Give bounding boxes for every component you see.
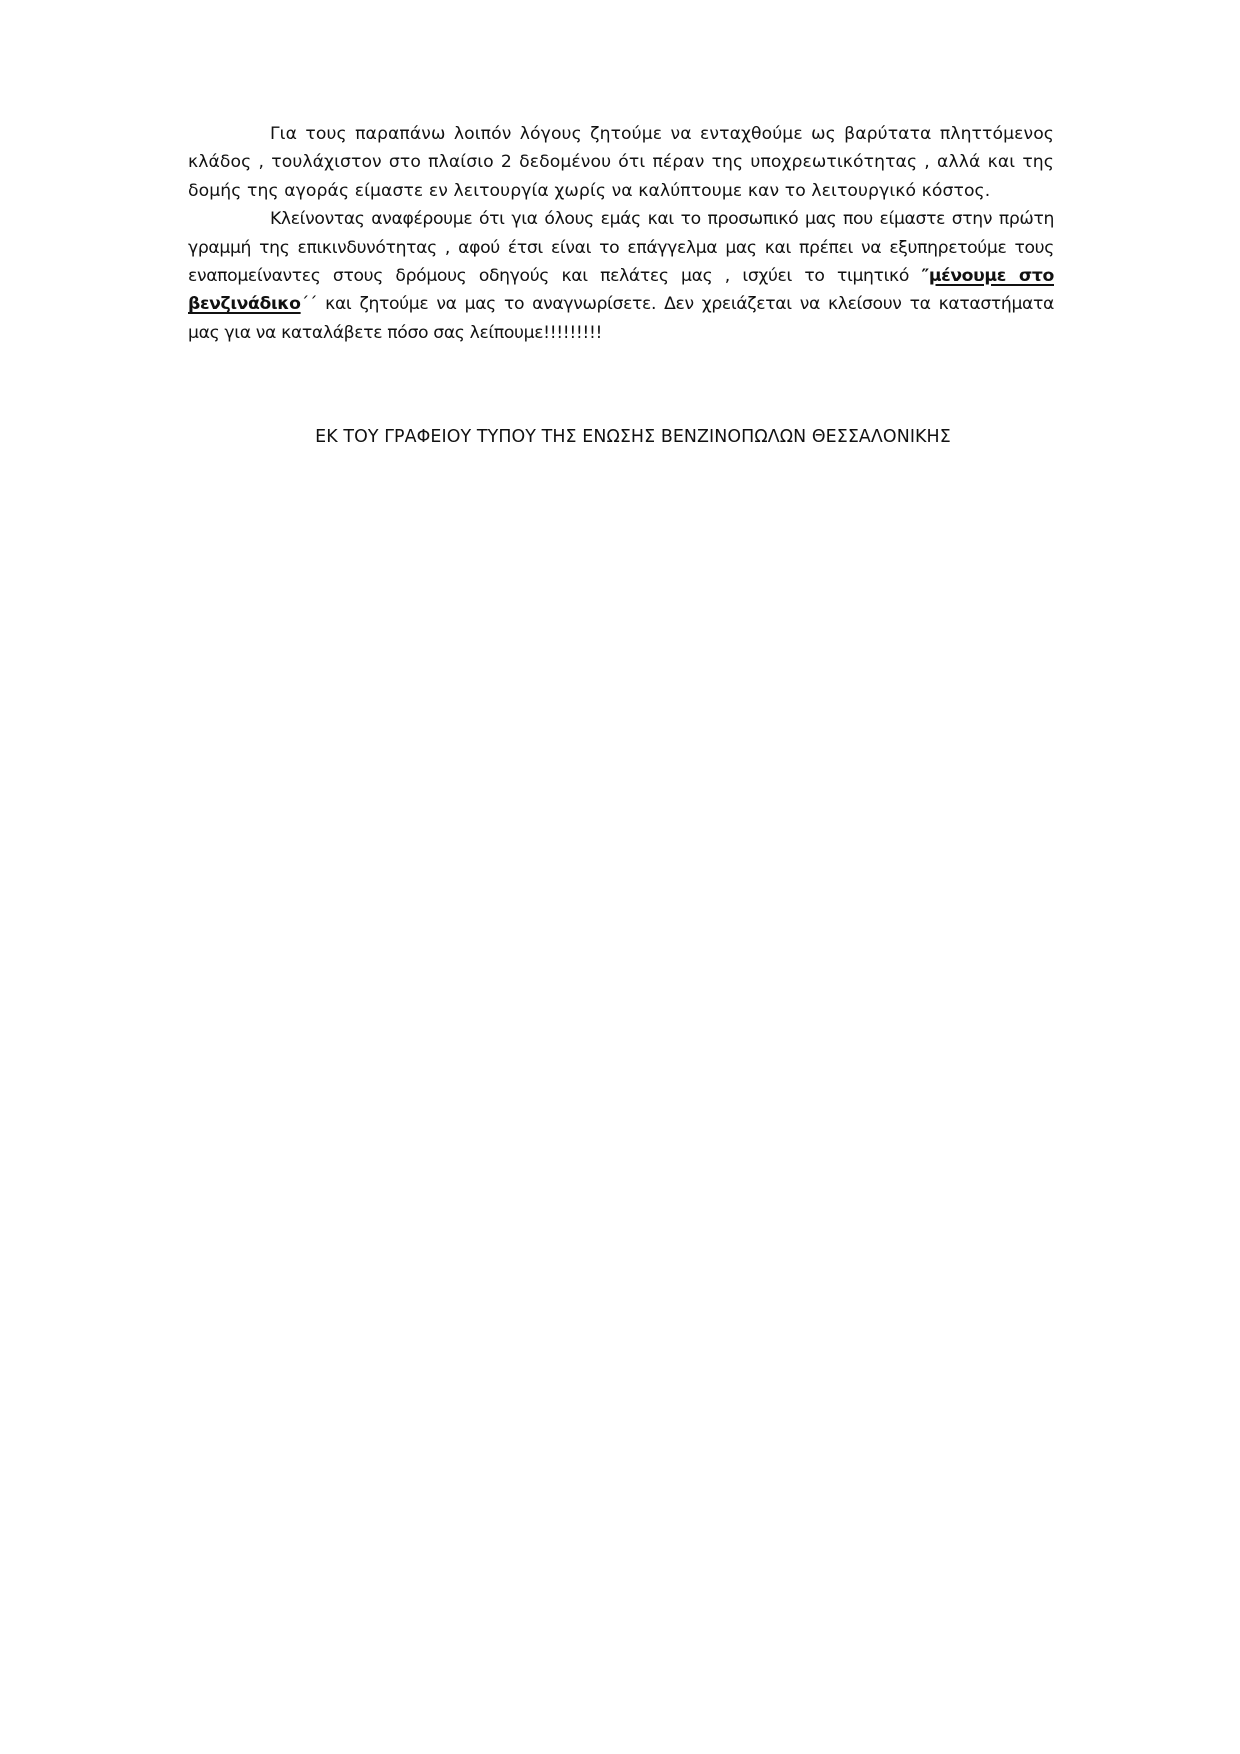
quote-close: ´´ xyxy=(301,294,318,314)
paragraph-request: Για τους παραπάνω λοιπόν λόγους ζητούμε … xyxy=(188,120,1054,205)
press-office-signature: ΕΚ ΤΟΥ ΓΡΑΦΕΙΟΥ ΤΥΠΟΥ ΤΗΣ ΕΝΩΣΗΣ ΒΕΝΖΙΝΟ… xyxy=(0,427,1240,447)
paragraph-closing: Κλείνοντας αναφέρουμε ότι για όλους εμάς… xyxy=(188,205,1054,347)
document-page: Για τους παραπάνω λοιπόν λόγους ζητούμε … xyxy=(188,120,1054,347)
quote-open: ″ xyxy=(921,266,928,286)
closing-text-after: και ζητούμε να μας το αναγνωρίσετε. Δεν … xyxy=(188,294,1054,342)
